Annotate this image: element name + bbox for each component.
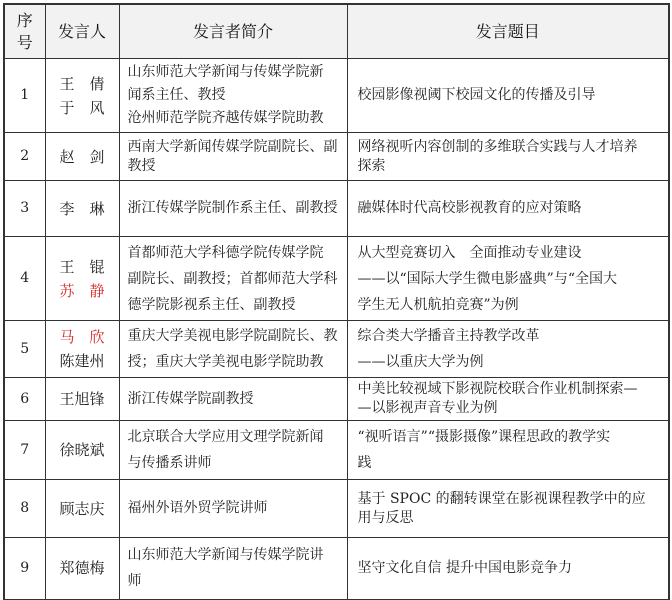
row-number: 4	[4, 237, 45, 321]
row-number: 5	[4, 321, 45, 378]
topic-cell: 从大型竞赛切入 全面推动专业建设 ——以“国际大学生微电影盛典”与“全国大 学生…	[347, 237, 669, 321]
bio-line: 师	[128, 568, 341, 594]
header-row: 序 号 发言人 发言者简介 发言题目	[4, 4, 669, 59]
bio-line: 重庆大学美视电影学院副院长、教	[128, 323, 341, 349]
topic-cell: “视听语言”“摄影摄像”课程思政的教学实 践	[347, 421, 669, 480]
bio-cell: 浙江传媒学院制作系主任、副教授	[119, 181, 347, 237]
table-row: 2 赵 剑 西南大学新闻传媒学院副院长、副 教授 网络视听内容创制的多维联合实践…	[4, 133, 669, 181]
bio-line: 副院长、副教授；首都师范大学科	[128, 266, 341, 292]
speaker-name: 徐晓斌	[46, 438, 119, 462]
table-row: 7 徐晓斌 北京联合大学应用文理学院新闻 与传播系讲师 “视听语言”“摄影摄像”…	[4, 421, 669, 480]
speaker-name-highlighted: 马 欣	[46, 325, 119, 349]
topic-line: 从大型竞赛切入 全面推动专业建设	[358, 240, 663, 266]
topic-line: 基于 SPOC 的翻转课堂在影视课程教学中的应	[358, 490, 663, 509]
bio-line: 福州外语外贸学院讲师	[128, 499, 341, 518]
speaker-cell: 王旭锋	[45, 378, 119, 421]
topic-line: 校园影像视阈下校园文化的传播及引导	[358, 86, 663, 105]
speaker-name: 顾志庆	[46, 497, 119, 521]
header-topic: 发言题目	[347, 4, 669, 59]
bio-line: 教授	[128, 157, 341, 176]
header-seq-line1: 序	[5, 10, 45, 32]
topic-cell: 融媒体时代高校影视教育的应对策略	[347, 181, 669, 237]
bio-cell: 浙江传媒学院副教授	[119, 378, 347, 421]
speaker-name: 王 倩	[46, 72, 119, 96]
bio-line: 北京联合大学应用文理学院新闻	[128, 424, 341, 450]
topic-line: ——以“国际大学生微电影盛典”与“全国大	[358, 266, 663, 292]
table-row: 4 王 锟 苏 静 首都师范大学科德学院传媒学院 副院长、副教授；首都师范大学科…	[4, 237, 669, 321]
topic-line: 综合类大学播音主持教学改革	[358, 323, 663, 349]
speaker-cell: 赵 剑	[45, 133, 119, 181]
topic-line: 坚守文化自信 提升中国电影竞争力	[358, 555, 663, 581]
header-bio: 发言者简介	[119, 4, 347, 59]
topic-line: 用与反思	[358, 509, 663, 528]
bio-line: 与传播系讲师	[128, 450, 341, 476]
row-number: 2	[4, 133, 45, 181]
table-row: 3 李 琳 浙江传媒学院制作系主任、副教授 融媒体时代高校影视教育的应对策略	[4, 181, 669, 237]
topic-cell: 综合类大学播音主持教学改革 ——以重庆大学为例	[347, 321, 669, 378]
topic-cell: 校园影像视阈下校园文化的传播及引导	[347, 59, 669, 133]
speaker-cell: 郑德梅	[45, 538, 119, 600]
topic-line: —以影视声音专业为例	[358, 399, 663, 418]
table-row: 6 王旭锋 浙江传媒学院副教授 中美比较视域下影视院校联合作业机制探索— —以影…	[4, 378, 669, 421]
topic-cell: 网络视听内容创制的多维联合实践与人才培养 探索	[347, 133, 669, 181]
topic-line: 学生无人机航拍竞赛”为例	[358, 292, 663, 318]
bio-line: 德学院影视系主任、副教授	[128, 292, 341, 318]
speaker-cell: 顾志庆	[45, 480, 119, 538]
table-row: 8 顾志庆 福州外语外贸学院讲师 基于 SPOC 的翻转课堂在影视课程教学中的应…	[4, 480, 669, 538]
speaker-cell: 徐晓斌	[45, 421, 119, 480]
speaker-schedule-table: 序 号 发言人 发言者简介 发言题目 1 王 倩 于 风 山东师范大学新闻与传媒…	[3, 3, 670, 600]
header-seq: 序 号	[4, 4, 45, 59]
speaker-cell: 王 倩 于 风	[45, 59, 119, 133]
speaker-name: 于 风	[46, 96, 119, 120]
bio-cell: 山东师范大学新闻与传媒学院讲 师	[119, 538, 347, 600]
topic-cell: 基于 SPOC 的翻转课堂在影视课程教学中的应 用与反思	[347, 480, 669, 538]
topic-line: 探索	[358, 157, 663, 176]
topic-line: 融媒体时代高校影视教育的应对策略	[358, 199, 663, 218]
row-number: 8	[4, 480, 45, 538]
bio-cell: 福州外语外贸学院讲师	[119, 480, 347, 538]
topic-line: “视听语言”“摄影摄像”课程思政的教学实	[358, 424, 663, 450]
bio-line: 闻系主任、教授	[128, 84, 341, 107]
row-number: 9	[4, 538, 45, 600]
speaker-name: 王旭锋	[46, 387, 119, 411]
bio-cell: 北京联合大学应用文理学院新闻 与传播系讲师	[119, 421, 347, 480]
bio-line: 浙江传媒学院制作系主任、副教授	[128, 199, 341, 218]
speaker-cell: 马 欣 陈建州	[45, 321, 119, 378]
speaker-name: 王 锟	[46, 255, 119, 279]
row-number: 7	[4, 421, 45, 480]
bio-line: 山东师范大学新闻与传媒学院新	[128, 61, 341, 84]
topic-cell: 坚守文化自信 提升中国电影竞争力	[347, 538, 669, 600]
table-row: 9 郑德梅 山东师范大学新闻与传媒学院讲 师 坚守文化自信 提升中国电影竞争力	[4, 538, 669, 600]
bio-cell: 重庆大学美视电影学院副院长、教 授；重庆大学美视电影学院助教	[119, 321, 347, 378]
bio-cell: 山东师范大学新闻与传媒学院新 闻系主任、教授 沧州师范学院齐越传媒学院助教	[119, 59, 347, 133]
header-speaker: 发言人	[45, 4, 119, 59]
row-number: 1	[4, 59, 45, 133]
row-number: 6	[4, 378, 45, 421]
bio-cell: 西南大学新闻传媒学院副院长、副 教授	[119, 133, 347, 181]
table-body: 1 王 倩 于 风 山东师范大学新闻与传媒学院新 闻系主任、教授 沧州师范学院齐…	[4, 59, 669, 600]
bio-line: 浙江传媒学院副教授	[128, 390, 341, 409]
speaker-name-highlighted: 苏 静	[46, 279, 119, 303]
bio-cell: 首都师范大学科德学院传媒学院 副院长、副教授；首都师范大学科 德学院影视系主任、…	[119, 237, 347, 321]
speaker-cell: 王 锟 苏 静	[45, 237, 119, 321]
bio-line: 西南大学新闻传媒学院副院长、副	[128, 138, 341, 157]
speaker-name: 郑德梅	[46, 556, 119, 580]
table-row: 5 马 欣 陈建州 重庆大学美视电影学院副院长、教 授；重庆大学美视电影学院助教…	[4, 321, 669, 378]
bio-line: 沧州师范学院齐越传媒学院助教	[128, 107, 341, 130]
speaker-name: 李 琳	[46, 197, 119, 221]
topic-line: 中美比较视域下影视院校联合作业机制探索—	[358, 380, 663, 399]
topic-line: ——以重庆大学为例	[358, 349, 663, 375]
bio-line: 首都师范大学科德学院传媒学院	[128, 240, 341, 266]
bio-line: 授；重庆大学美视电影学院助教	[128, 349, 341, 375]
topic-cell: 中美比较视域下影视院校联合作业机制探索— —以影视声音专业为例	[347, 378, 669, 421]
bio-line: 山东师范大学新闻与传媒学院讲	[128, 542, 341, 568]
table-row: 1 王 倩 于 风 山东师范大学新闻与传媒学院新 闻系主任、教授 沧州师范学院齐…	[4, 59, 669, 133]
row-number: 3	[4, 181, 45, 237]
speaker-name: 赵 剑	[46, 145, 119, 169]
header-seq-line2: 号	[5, 32, 45, 54]
speaker-name: 陈建州	[46, 349, 119, 373]
topic-line: 践	[358, 450, 663, 476]
topic-line: 网络视听内容创制的多维联合实践与人才培养	[358, 138, 663, 157]
speaker-cell: 李 琳	[45, 181, 119, 237]
